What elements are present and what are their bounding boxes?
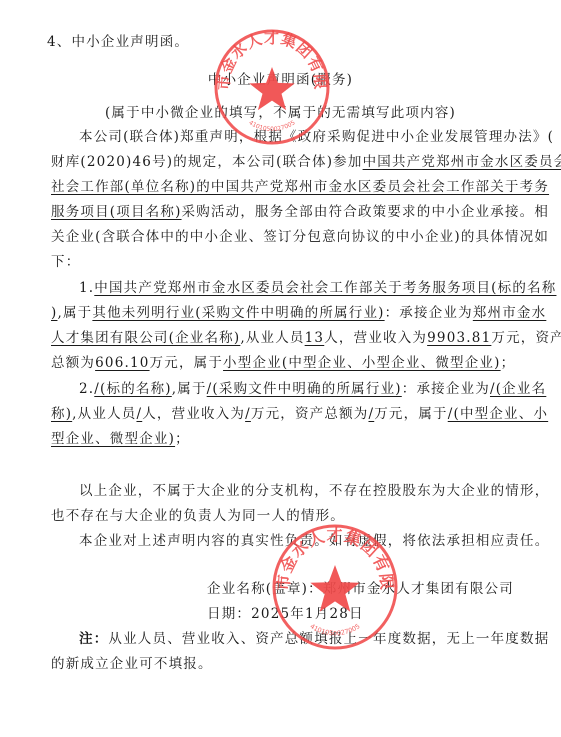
intro-text: 财库(2020)46号)的规定，本公司(联合体)参加 — [51, 154, 363, 170]
text: 人，营业收入为 — [142, 406, 245, 422]
enterprise-size-end: 型企业、微型企业) — [51, 431, 175, 447]
document-title: 中小企业声明函(服务) — [0, 71, 561, 89]
document-page: 4、中小企业声明函。 中小企业声明函(服务) (属于中小微企业的填写，不属于的无… — [0, 0, 561, 737]
text: ,属于 — [172, 381, 207, 397]
company-name: /(企业名 — [490, 381, 546, 397]
intro-text: 采购活动，服务全部由符合政策要求的中小企业承接。相 — [182, 204, 550, 220]
company-name-end: 人才集团有限公司(企业名称) — [51, 330, 240, 346]
employee-count: 13 — [305, 330, 325, 346]
item-number: 1. — [79, 280, 94, 296]
purchaser-name: 中国共产党郑州市金水区委员会 — [363, 154, 561, 170]
date-label: 日期： — [207, 606, 251, 622]
section-heading: 4、中小企业声明函。 — [47, 33, 489, 51]
subject-name: 中国共产党郑州市金水区委员会社会工作部关于考务服务项目(标的名称 — [94, 280, 556, 296]
text: 万元，资产 — [491, 330, 561, 346]
text: ,从业人员 — [72, 406, 136, 422]
revenue: 9903.81 — [427, 330, 491, 346]
signature-company: 企业名称(盖章)：郑州市金水人才集团有限公司 — [207, 580, 487, 598]
industry: 其他未列明行业(采购文件中明确的所属行业) — [92, 305, 384, 321]
total-assets: 606.10 — [95, 355, 149, 371]
text: ：承接企业为 — [402, 381, 490, 397]
closing-line-1: 以上企业，不属于大企业的分支机构，不存在控股股东为大企业的情形， — [51, 482, 493, 500]
document-subtitle: (属于中小微企业的填写，不属于的无需填写此项内容) — [0, 104, 561, 122]
text: ； — [175, 431, 190, 447]
signature-date: 日期：2025年1月28日 — [207, 605, 407, 623]
text: 人，营业收入为 — [324, 330, 427, 346]
text: 万元，属于 — [374, 406, 448, 422]
intro-line-5: 关企业(含联合体中的中小企业、签订分包意向协议的中小企业)的具体情况如 — [51, 228, 493, 246]
item2-line-1: 2./(标的名称),属于/(采购文件中明确的所属行业)：承接企业为/(企业名 — [51, 380, 493, 398]
note-line-2: 的新成立企业可不填报。 — [51, 655, 493, 673]
project-name: 服务项目(项目名称) — [51, 204, 182, 220]
date-value: 2025年1月28日 — [251, 606, 364, 622]
closing-line-2: 也不存在与大企业的负责人为同一人的情形。 — [51, 507, 493, 525]
note-text: 从业人员、营业收入、资产总额填报上一年度数据，无上一年度数据 — [108, 631, 549, 647]
company-name-end: 称) — [51, 406, 72, 422]
text: ； — [501, 355, 516, 371]
industry: /(采购文件中明确的所属行业) — [207, 381, 402, 397]
intro-line-3: 社会工作部(单位名称)的中国共产党郑州市金水区委员会社会工作部关于考务 — [51, 178, 493, 196]
text: 总额为 — [51, 355, 95, 371]
intro-line-2: 财库(2020)46号)的规定，本公司(联合体)参加中国共产党郑州市金水区委员会 — [51, 153, 493, 171]
item1-line-4: 总额为606.10万元，属于小型企业(中型企业、小型企业、微型企业)； — [51, 354, 493, 372]
item2-line-3: 型企业、微型企业)； — [51, 430, 493, 448]
note-label: 注： — [79, 631, 108, 647]
intro-line-4: 服务项目(项目名称)采购活动，服务全部由符合政策要求的中小企业承接。相 — [51, 203, 493, 221]
company-label: 企业名称(盖章)： — [207, 581, 323, 597]
item2-line-2: 称),从业人员/人，营业收入为/万元，资产总额为/万元，属于/(中型企业、小 — [51, 405, 493, 423]
enterprise-size: 小型企业(中型企业、小型企业、微型企业) — [223, 355, 501, 371]
note-line-1: 注：从业人员、营业收入、资产总额填报上一年度数据，无上一年度数据 — [51, 630, 493, 648]
company-value: 郑州市金水人才集团有限公司 — [323, 581, 514, 597]
text: ,属于 — [57, 305, 92, 321]
text: 万元，属于 — [150, 355, 224, 371]
intro-line-1: 本公司(联合体)郑重声明，根据《政府采购促进中小企业发展管理办法》( — [51, 128, 493, 146]
item1-line-3: 人才集团有限公司(企业名称),从业人员13人，营业收入为9903.81万元，资产 — [51, 329, 493, 347]
item1-line-1: 1.中国共产党郑州市金水区委员会社会工作部关于考务服务项目(标的名称 — [51, 279, 493, 297]
subject-name: /(标的名称) — [94, 381, 171, 397]
item1-line-2: ),属于其他未列明行业(采购文件中明确的所属行业)：承接企业为郑州市金水 — [51, 304, 493, 322]
intro-line-6: 下： — [51, 253, 493, 271]
company-name: 郑州市金水 — [473, 305, 547, 321]
enterprise-size: /(中型企业、小 — [448, 406, 548, 422]
closing-line-3: 本企业对上述声明内容的真实性负责。如有虚假，将依法承担相应责任。 — [51, 532, 493, 550]
text: ：承接企业为 — [385, 305, 473, 321]
text: 万元，资产总额为 — [251, 406, 369, 422]
text: ,从业人员 — [240, 330, 304, 346]
item-number: 2. — [79, 381, 94, 397]
